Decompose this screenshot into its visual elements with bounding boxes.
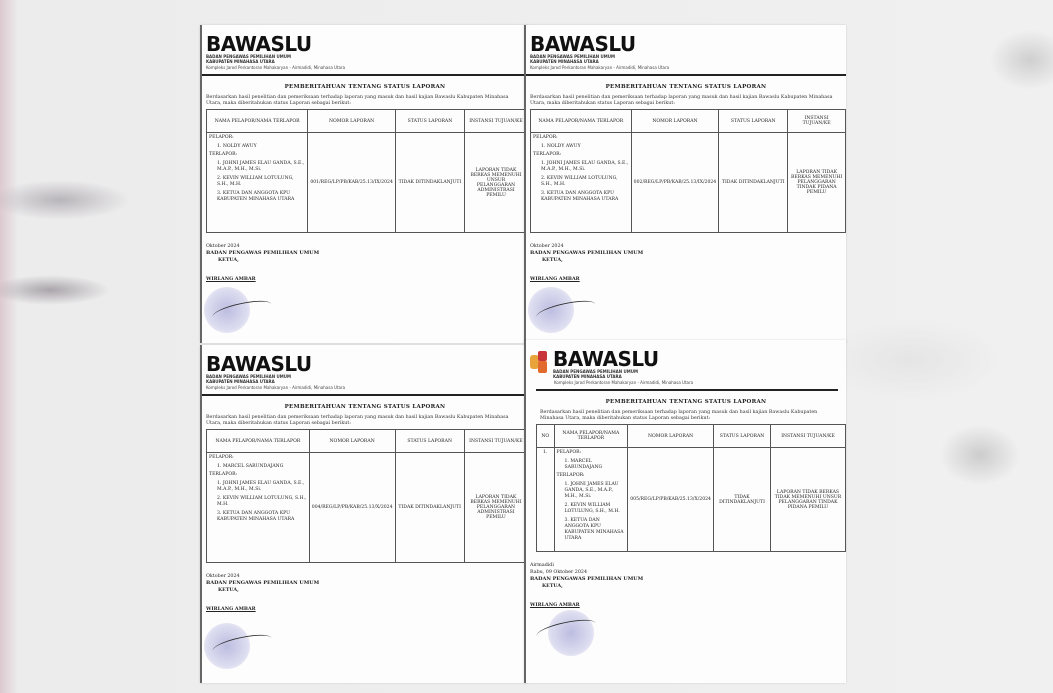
brand-region: KABUPATEN MINAHASA UTARA (553, 374, 659, 379)
signer-name: WIRLANG AMBAR (206, 276, 528, 283)
signature-block: Oktober 2024 BADAN PENGAWAS PEMILIHAN UM… (206, 573, 528, 613)
col-header-status: STATUS LAPORAN (719, 110, 788, 133)
terlapor-item: 2. KEVIN WILLIAM LOTULUNG, S.H., M.H. (217, 496, 307, 508)
col-header-number: NOMOR LAPORAN (309, 430, 395, 453)
intro-text: Berdasarkan hasil penelitian dan pemerik… (206, 95, 524, 107)
intro-text: Berdasarkan hasil penelitian dan pemerik… (206, 415, 524, 427)
document-page-2: BAWASLU BADAN PENGAWAS PEMILIHAN UMUM KA… (524, 25, 846, 343)
report-status: TIDAK DITINDAKLANJUTI (395, 453, 464, 563)
document-title: PEMBERITAHUAN TENTANG STATUS LAPORAN (202, 404, 528, 410)
pelapor-item: 1. MARCEL SARUNDAJANG (217, 464, 307, 470)
pelapor-item: 1. MARCEL SARUNDAJANG (565, 459, 626, 471)
col-header-status: STATUS LAPORAN (395, 110, 464, 133)
signature-block: Oktober 2024 BADAN PENGAWAS PEMILIHAN UM… (206, 243, 528, 283)
col-header-names: NAMA PELAPOR/NAMA TERLAPOR (207, 110, 308, 133)
col-header-no: NO (537, 425, 555, 448)
pelapor-label: PELAPOR: (209, 455, 307, 461)
table-row: PELAPOR: 1. NOLDY AWUY TERLAPOR: 1. JOHN… (207, 133, 528, 233)
signer-org: BADAN PENGAWAS PEMILIHAN UMUM (206, 250, 528, 257)
col-header-status: STATUS LAPORAN (395, 430, 464, 453)
signer-org: BADAN PENGAWAS PEMILIHAN UMUM (530, 576, 846, 583)
terlapor-item: 1. JOHNI JAMES ELAU GANDA, S.E., M.A.P.,… (565, 482, 626, 500)
divider (202, 74, 528, 76)
terlapor-item: 1. JOHNI JAMES ELAU GANDA, S.E., M.A.P.,… (541, 161, 629, 173)
terlapor-item: 2. KEVIN WILLIAM LOTULUNG, S.H., M.H. (565, 503, 626, 515)
document-title: PEMBERITAHUAN TENTANG STATUS LAPORAN (202, 84, 528, 90)
report-notes: LAPORAN TIDAK BERKAS MEMENUHI PELANGGARA… (788, 133, 846, 233)
row-number: 1. (537, 448, 555, 552)
report-number: 005/REG/LP/PB/KAB/25.13/X/2024 (628, 448, 714, 552)
date: Oktober 2024 (206, 243, 528, 250)
names-cell: PELAPOR: 1. MARCEL SARUNDAJANG TERLAPOR:… (554, 448, 628, 552)
bawaslu-logo-icon (530, 349, 550, 375)
signature-block: Airmadidi Rabu, 09 Oktober 2024 BADAN PE… (530, 562, 846, 609)
document-title: PEMBERITAHUAN TENTANG STATUS LAPORAN (526, 84, 846, 90)
report-notes: LAPORAN TIDAK BERKAS TIDAK MEMENUHI UNSU… (771, 448, 846, 552)
terlapor-label: TERLAPOR: (557, 473, 626, 479)
terlapor-label: TERLAPOR: (209, 152, 305, 158)
divider (526, 74, 846, 76)
terlapor-item: 3. KETUA DAN ANGGOTA KPU KABUPATEN MINAH… (541, 191, 629, 203)
letterhead: BAWASLU BADAN PENGAWAS PEMILIHAN UMUM KA… (530, 34, 846, 64)
signer-org: BADAN PENGAWAS PEMILIHAN UMUM (206, 580, 528, 587)
report-notes: LAPORAN TIDAK BERKAS MEMENUHI UNSUR PELA… (465, 133, 528, 233)
terlapor-item: 3. KETUA DAN ANGGOTA KPU KABUPATEN MINAH… (217, 511, 307, 523)
brand-region: KABUPATEN MINAHASA UTARA (206, 59, 312, 64)
col-header-status: STATUS LAPORAN (713, 425, 770, 448)
col-header-number: NOMOR LAPORAN (628, 425, 714, 448)
col-header-number: NOMOR LAPORAN (631, 110, 719, 133)
report-notes: LAPORAN TIDAK BERKAS MEMENUHI PELANGGARA… (464, 453, 527, 563)
terlapor-item: 1. JOHNI JAMES ELAU GANDA, S.E., M.A.P.,… (217, 481, 307, 493)
terlapor-item: 2. KEVIN WILLIAM LOTULUNG, S.H., M.H. (217, 176, 305, 188)
signer-role: KETUA, (218, 257, 528, 264)
table-row: PELAPOR: 1. MARCEL SARUNDAJANG TERLAPOR:… (207, 453, 528, 563)
divider (202, 394, 528, 396)
report-table: NAMA PELAPOR/NAMA TERLAPOR NOMOR LAPORAN… (206, 429, 528, 563)
terlapor-item: 3. KETUA DAN ANGGOTA KPU KABUPATEN MINAH… (217, 191, 305, 203)
col-header-number: NOMOR LAPORAN (308, 110, 396, 133)
address: Kompleks Jarod Perkantoran Mahakaryan - … (530, 65, 846, 70)
address: Kompleks Jarod Perkantoran Mahakaryan - … (206, 385, 528, 390)
brand-name: BAWASLU (530, 34, 636, 54)
date: Rabu, 09 Oktober 2024 (530, 569, 846, 576)
document-page-1: BAWASLU BADAN PENGAWAS PEMILIHAN UMUM KA… (200, 25, 528, 343)
intro-text: Berdasarkan hasil penelitian dan pemerik… (530, 95, 842, 107)
col-header-names: NAMA PELAPOR/NAMA TERLAPOR (554, 425, 628, 448)
table-row: PELAPOR: 1. NOLDY AWUY TERLAPOR: 1. JOHN… (531, 133, 846, 233)
report-number: 001/REG/LP/PB/KAB/25.13/IX/2024 (308, 133, 396, 233)
report-status: TIDAK DITINDAKLANJUTI (719, 133, 788, 233)
signer-name: WIRLANG AMBAR (530, 602, 846, 609)
terlapor-label: TERLAPOR: (533, 152, 629, 158)
signer-name: WIRLANG AMBAR (206, 606, 528, 613)
report-status: TIDAK DITINDAKLANJUTI (713, 448, 770, 552)
signer-role: KETUA, (542, 257, 846, 264)
brand-name: BAWASLU (553, 349, 659, 369)
signer-role: KETUA, (542, 583, 846, 590)
terlapor-label: TERLAPOR: (209, 472, 307, 478)
address: Kompleks Jarod Perkantoran Mahakaryan - … (206, 65, 528, 70)
names-cell: PELAPOR: 1. NOLDY AWUY TERLAPOR: 1. JOHN… (207, 133, 308, 233)
divider (536, 389, 838, 391)
date: Oktober 2024 (206, 573, 528, 580)
pelapor-label: PELAPOR: (533, 135, 629, 141)
intro-text: Berdasarkan hasil penelitian dan pemerik… (540, 410, 842, 422)
brand-name: BAWASLU (206, 34, 312, 54)
terlapor-item: 1. JOHNI JAMES ELAU GANDA, S.E., M.A.P.,… (217, 161, 305, 173)
address: Kompleks Jarod Perkantoran Mahakaryan - … (554, 380, 846, 385)
table-row: 1. PELAPOR: 1. MARCEL SARUNDAJANG TERLAP… (537, 448, 846, 552)
col-header-notes: INSTANSI TUJUAN/KE (788, 110, 846, 133)
signer-name: WIRLANG AMBAR (530, 276, 846, 283)
names-cell: PELAPOR: 1. NOLDY AWUY TERLAPOR: 1. JOHN… (531, 133, 632, 233)
col-header-notes: INSTANSI TUJUAN/KE (465, 110, 528, 133)
brand-name: BAWASLU (206, 354, 312, 374)
report-status: TIDAK DITINDAKLANJUTI (395, 133, 464, 233)
letterhead: BAWASLU BADAN PENGAWAS PEMILIHAN UMUM KA… (206, 354, 528, 384)
pelapor-label: PELAPOR: (209, 135, 305, 141)
signer-org: BADAN PENGAWAS PEMILIHAN UMUM (530, 250, 846, 257)
col-header-names: NAMA PELAPOR/NAMA TERLAPOR (531, 110, 632, 133)
letterhead: BAWASLU BADAN PENGAWAS PEMILIHAN UMUM KA… (530, 349, 846, 379)
report-table: NAMA PELAPOR/NAMA TERLAPOR NOMOR LAPORAN… (206, 109, 528, 233)
report-number: 004/REG/LP/PB/KAB/25.13/X/2024 (309, 453, 395, 563)
date: Oktober 2024 (530, 243, 846, 250)
report-number: 002/REG/LP/PB/KAB/25.13/IX/2024 (631, 133, 719, 233)
signer-role: KETUA, (218, 587, 528, 594)
letterhead: BAWASLU BADAN PENGAWAS PEMILIHAN UMUM KA… (206, 34, 528, 64)
col-header-notes: INSTANSI TUJUAN/KE (771, 425, 846, 448)
report-table: NO NAMA PELAPOR/NAMA TERLAPOR NOMOR LAPO… (536, 424, 846, 552)
pelapor-item: 1. NOLDY AWUY (541, 144, 629, 150)
document-page-3: BAWASLU BADAN PENGAWAS PEMILIHAN UMUM KA… (200, 345, 528, 683)
brand-region: KABUPATEN MINAHASA UTARA (530, 59, 636, 64)
document-page-4: BAWASLU BADAN PENGAWAS PEMILIHAN UMUM KA… (524, 340, 846, 683)
pelapor-label: PELAPOR: (557, 450, 626, 456)
names-cell: PELAPOR: 1. MARCEL SARUNDAJANG TERLAPOR:… (207, 453, 310, 563)
document-title: PEMBERITAHUAN TENTANG STATUS LAPORAN (526, 399, 846, 405)
terlapor-item: 2. KEVIN WILLIAM LOTULUNG, S.H., M.H. (541, 176, 629, 188)
terlapor-item: 3. KETUA DAN ANGGOTA KPU KABUPATEN MINAH… (565, 518, 626, 542)
col-header-names: NAMA PELAPOR/NAMA TERLAPOR (207, 430, 310, 453)
brand-region: KABUPATEN MINAHASA UTARA (206, 379, 312, 384)
report-table: NAMA PELAPOR/NAMA TERLAPOR NOMOR LAPORAN… (530, 109, 846, 233)
pelapor-item: 1. NOLDY AWUY (217, 144, 305, 150)
place: Airmadidi (530, 562, 846, 569)
signature-block: Oktober 2024 BADAN PENGAWAS PEMILIHAN UM… (530, 243, 846, 283)
col-header-notes: INSTANSI TUJUAN/KE (464, 430, 527, 453)
